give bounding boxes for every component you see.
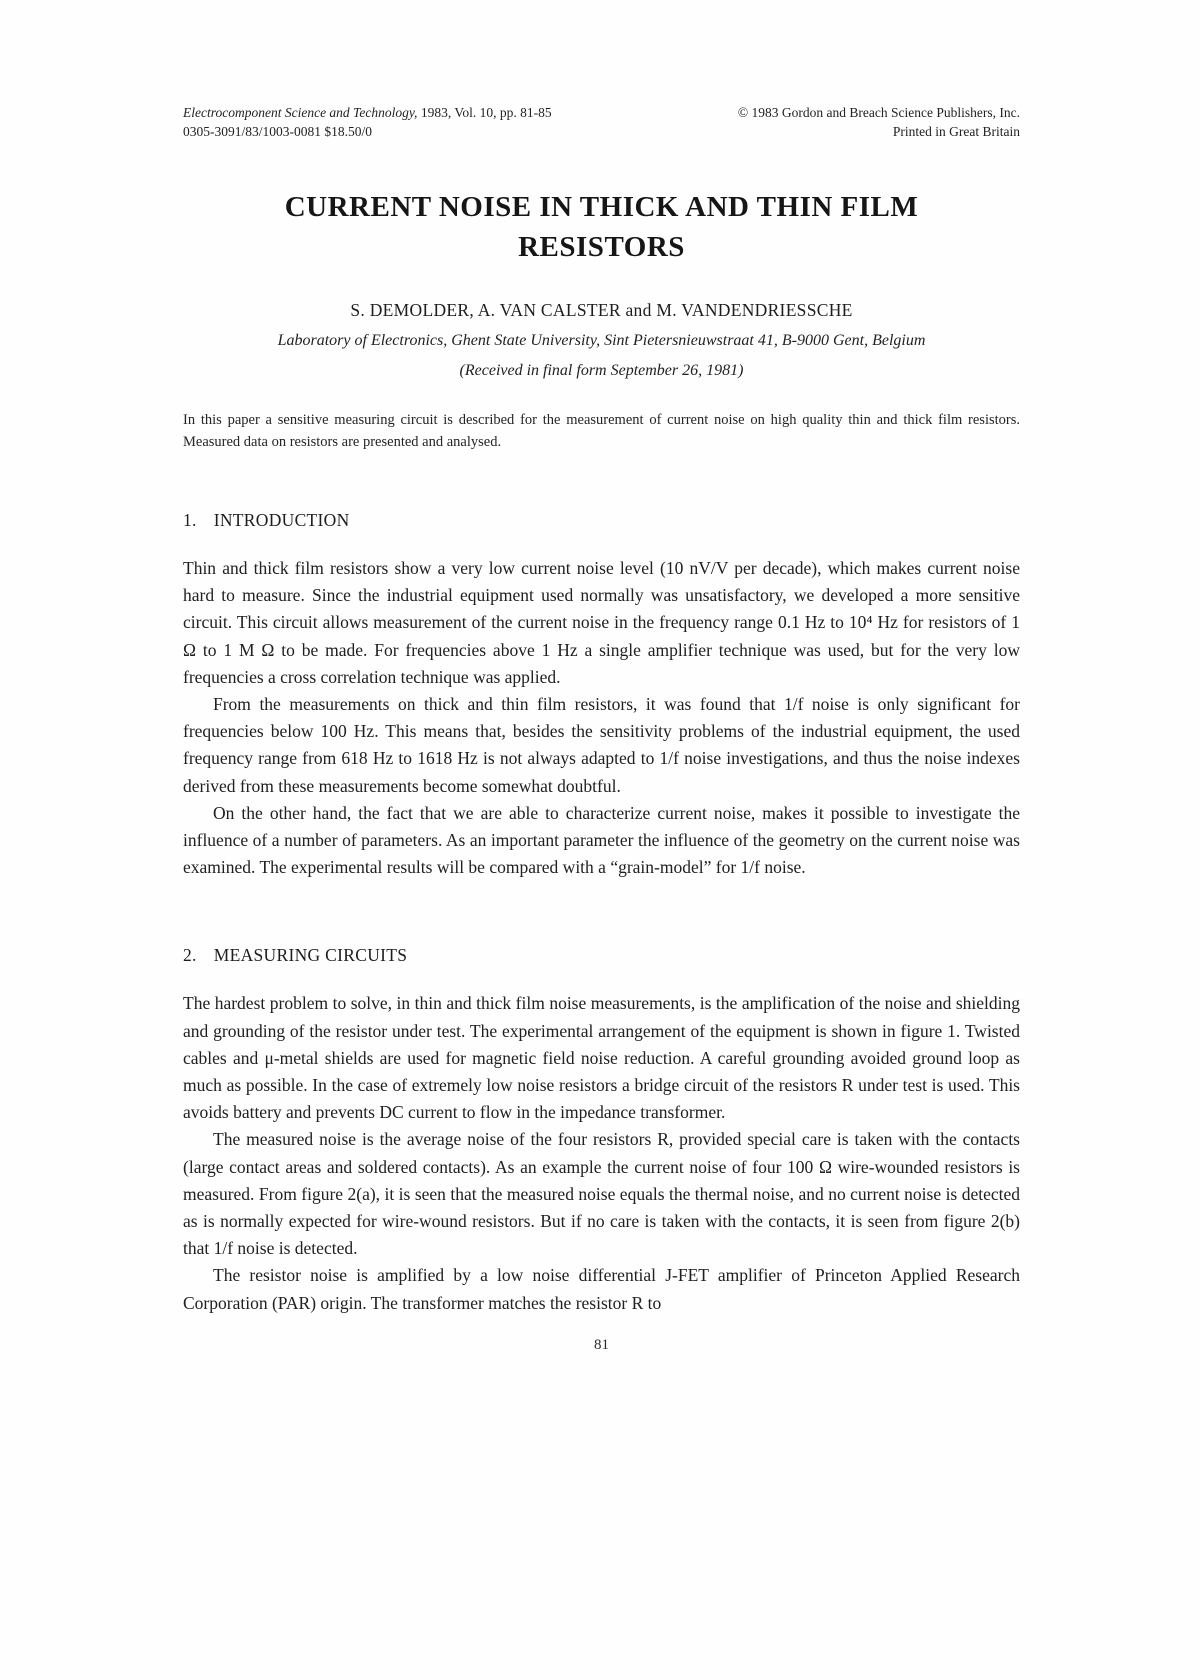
section-heading-text: INTRODUCTION <box>214 510 350 530</box>
paper-title: CURRENT NOISE IN THICK AND THIN FILM RES… <box>183 187 1020 267</box>
copyright-line: © 1983 Gordon and Breach Science Publish… <box>738 103 1020 122</box>
printed-in-line: Printed in Great Britain <box>738 122 1020 141</box>
section-heading-text: MEASURING CIRCUITS <box>214 945 408 965</box>
paragraph: On the other hand, the fact that we are … <box>183 800 1020 882</box>
affiliation-line: Laboratory of Electronics, Ghent State U… <box>183 332 1020 350</box>
journal-header: Electrocomponent Science and Technology,… <box>183 103 1020 141</box>
paragraph: The hardest problem to solve, in thin an… <box>183 990 1020 1126</box>
abstract-text: In this paper a sensitive measuring circ… <box>183 409 1020 453</box>
section-heading-introduction: 1.INTRODUCTION <box>183 510 1020 531</box>
journal-title-line: Electrocomponent Science and Technology,… <box>183 103 552 122</box>
received-line: (Received in final form September 26, 19… <box>183 362 1020 380</box>
paper-title-line2: RESISTORS <box>183 227 1020 267</box>
journal-header-right: © 1983 Gordon and Breach Science Publish… <box>738 103 1020 141</box>
section-number: 1. <box>183 510 197 530</box>
issn-line: 0305-3091/83/1003-0081 $18.50/0 <box>183 122 552 141</box>
paragraph: From the measurements on thick and thin … <box>183 691 1020 800</box>
paragraph: Thin and thick film resistors show a ver… <box>183 555 1020 691</box>
page-number: 81 <box>183 1337 1020 1354</box>
journal-volume-info: 1983, Vol. 10, pp. 81-85 <box>417 105 551 120</box>
section-heading-measuring-circuits: 2.MEASURING CIRCUITS <box>183 945 1020 966</box>
journal-header-left: Electrocomponent Science and Technology,… <box>183 103 552 141</box>
journal-name: Electrocomponent Science and Technology, <box>183 105 417 120</box>
authors-line: S. DEMOLDER, A. VAN CALSTER and M. VANDE… <box>183 300 1020 321</box>
paragraph: The resistor noise is amplified by a low… <box>183 1262 1020 1316</box>
paragraph: The measured noise is the average noise … <box>183 1126 1020 1262</box>
scanned-paper-page: Electrocomponent Science and Technology,… <box>0 0 1200 1680</box>
section-number: 2. <box>183 945 197 965</box>
paper-title-line1: CURRENT NOISE IN THICK AND THIN FILM <box>183 187 1020 227</box>
